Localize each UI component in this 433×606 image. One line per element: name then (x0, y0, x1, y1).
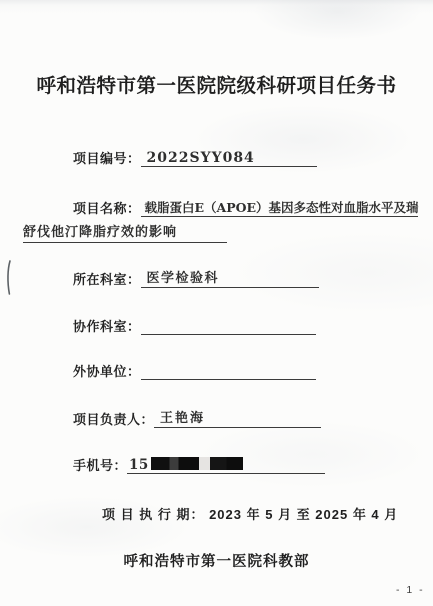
external-unit-label: 外协单位： (73, 364, 141, 379)
field-mobile: 手机号：15 (73, 457, 325, 474)
execution-period-value: 2023 年 5 月 至 2025 年 4 月 (209, 507, 398, 522)
cooperating-department-value (141, 318, 316, 335)
external-unit-value (141, 363, 316, 380)
project-name-label: 项目名称： (73, 201, 141, 216)
mobile-visible-prefix: 15 (129, 457, 149, 473)
field-project-leader: 项目负责人：王艳海 (73, 411, 321, 428)
project-number-value: 2022SYY084 (141, 150, 317, 167)
cooperating-department-label: 协作科室： (73, 319, 141, 334)
project-leader-label: 项目负责人： (73, 412, 154, 427)
project-number-label: 项目编号： (73, 151, 141, 166)
scan-artifact-mark (5, 260, 13, 296)
field-project-number: 项目编号：2022SYY084 (73, 150, 317, 167)
field-cooperating-department: 协作科室： (73, 318, 316, 335)
project-leader-value: 王艳海 (154, 411, 321, 428)
project-name-value-line2: 舒伐他汀降脂疗效的影响 (23, 225, 227, 243)
mobile-value: 15 (127, 457, 325, 474)
execution-period-label: 项 目 执 行 期： (102, 507, 204, 522)
document-page: 呼和浩特市第一医院院级科研项目任务书 项目编号：2022SYY084 项目名称：… (0, 0, 433, 606)
field-department: 所在科室：医学检验科 (73, 271, 319, 288)
issuer-line: 呼和浩特市第一医院科教部 (0, 550, 433, 571)
department-value: 医学检验科 (141, 271, 319, 288)
mobile-label: 手机号： (73, 458, 127, 473)
field-project-name: 项目名称：载脂蛋白E（APOE）基因多态性对血脂水平及瑞 (73, 200, 418, 217)
mobile-redaction-box (151, 457, 243, 470)
project-name-value-line1: 载脂蛋白E（APOE）基因多态性对血脂水平及瑞 (141, 200, 418, 217)
execution-period-row: 项 目 执 行 期： 2023 年 5 月 至 2025 年 4 月 (102, 504, 398, 523)
document-title: 呼和浩特市第一医院院级科研项目任务书 (0, 70, 433, 98)
page-number: - 1 - (396, 584, 425, 596)
field-external-unit: 外协单位： (73, 363, 316, 380)
department-label: 所在科室： (73, 272, 141, 287)
